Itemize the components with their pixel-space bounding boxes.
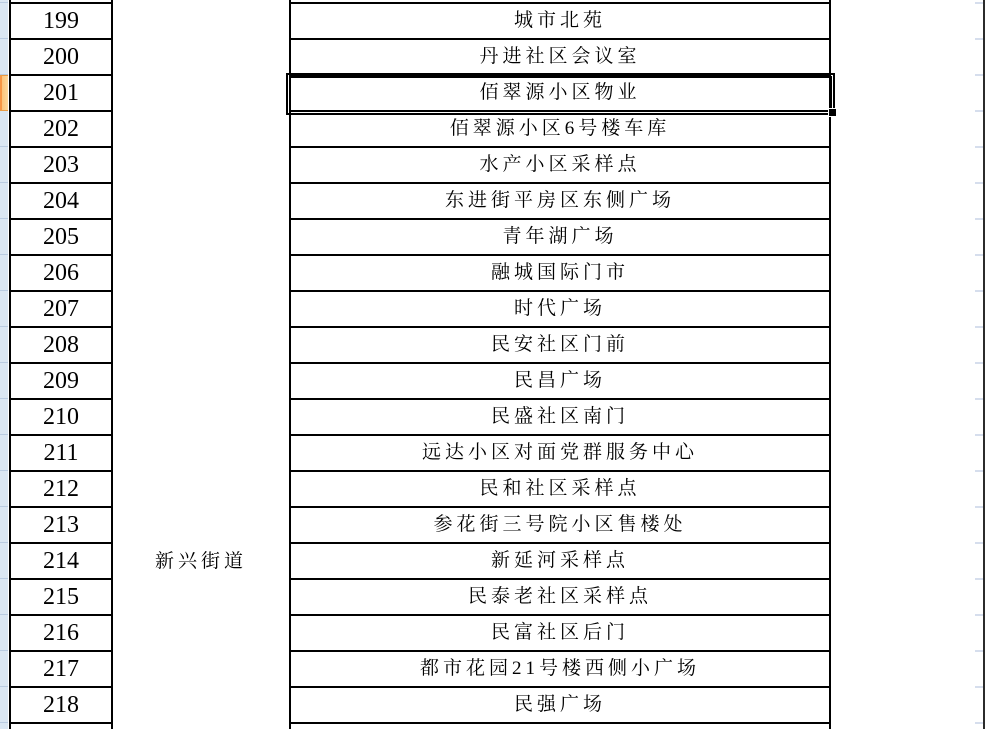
row-border-line [9, 578, 113, 580]
gridline-tick [975, 434, 983, 436]
site-name-cell[interactable]: 佰翠源小区6号楼车库 [291, 111, 829, 147]
row-border-line [9, 218, 113, 220]
gridline-tick [975, 614, 983, 616]
spreadsheet-view: 新兴街道 199城市北苑200丹进社区会议室201佰翠源小区物业202佰翠源小区… [0, 0, 986, 729]
gridline-tick [975, 650, 983, 652]
row-border-line [9, 146, 113, 148]
row-border-line [9, 686, 113, 688]
row-border-line [9, 362, 113, 364]
site-name-cell[interactable]: 融城国际门市 [291, 255, 829, 291]
gridline-tick [975, 470, 983, 472]
gridline-tick [975, 686, 983, 688]
gridline-tick [975, 578, 983, 580]
selection-marquee [286, 73, 835, 115]
row-border-line [9, 434, 113, 436]
row-number-cell[interactable]: 208 [11, 327, 111, 363]
row-border-line [9, 290, 113, 292]
row-border-line [289, 650, 831, 652]
row-number-cell[interactable]: 212 [11, 471, 111, 507]
gridline-tick [975, 290, 983, 292]
site-name-cell[interactable]: 民盛社区南门 [291, 399, 829, 435]
row-border-line [289, 218, 831, 220]
site-name-cell[interactable]: 水产小区采样点 [291, 147, 829, 183]
site-name-cell[interactable]: 新延河采样点 [291, 543, 829, 579]
row-number-cell[interactable]: 205 [11, 219, 111, 255]
row-number-cell[interactable]: 201 [11, 75, 111, 111]
row-border-line [289, 254, 831, 256]
row-border-line [9, 398, 113, 400]
row-border-line [289, 722, 831, 724]
gridline-tick [975, 146, 983, 148]
site-name-cell[interactable]: 都市花园21号楼西侧小广场 [291, 651, 829, 687]
row-number-cell[interactable]: 209 [11, 363, 111, 399]
site-name-cell[interactable]: 民泰老社区采样点 [291, 579, 829, 615]
row-border-line [289, 146, 831, 148]
row-border-line [289, 542, 831, 544]
row-number-cell[interactable]: 216 [11, 615, 111, 651]
row-border-line [289, 686, 831, 688]
row-border-line [9, 470, 113, 472]
gridline-tick [975, 326, 983, 328]
site-name-cell[interactable]: 远达小区对面党群服务中心 [291, 435, 829, 471]
row-number-cell[interactable]: 210 [11, 399, 111, 435]
row-border-line [289, 434, 831, 436]
row-border-line [289, 2, 831, 4]
site-name-cell[interactable]: 丹进社区会议室 [291, 39, 829, 75]
row-border-line [9, 74, 113, 76]
site-name-cell[interactable]: 时代广场 [291, 291, 829, 327]
selected-row-header-highlight[interactable] [0, 75, 8, 111]
row-number-cell[interactable]: 207 [11, 291, 111, 327]
gridline-tick [975, 254, 983, 256]
row-border-line [9, 326, 113, 328]
row-border-line [289, 362, 831, 364]
site-name-cell[interactable]: 参花街三号院小区售楼处 [291, 507, 829, 543]
district-merged-cell[interactable]: 新兴街道 [113, 0, 289, 729]
site-name-cell[interactable]: 青年湖广场 [291, 219, 829, 255]
row-number-cell[interactable]: 202 [11, 111, 111, 147]
row-border-line [9, 542, 113, 544]
row-number-cell[interactable]: 206 [11, 255, 111, 291]
row-border-line [9, 254, 113, 256]
site-name-cell[interactable]: 民和社区采样点 [291, 471, 829, 507]
gridline-tick [975, 362, 983, 364]
row-border-line [289, 578, 831, 580]
site-name-cell[interactable]: 民富社区后门 [291, 615, 829, 651]
row-border-line [9, 182, 113, 184]
row-border-line [9, 614, 113, 616]
row-border-line [289, 614, 831, 616]
row-border-line [289, 506, 831, 508]
row-border-line [9, 506, 113, 508]
site-name-cell[interactable]: 民安社区门前 [291, 327, 829, 363]
gridline-tick [975, 218, 983, 220]
gridline-tick [975, 74, 983, 76]
right-edge-line [983, 0, 985, 729]
gridline-tick [975, 506, 983, 508]
row-number-cell[interactable]: 214 [11, 543, 111, 579]
row-border-line [289, 182, 831, 184]
fill-handle[interactable] [828, 108, 837, 117]
site-name-cell[interactable]: 东进街平房区东侧广场 [291, 183, 829, 219]
row-border-line [9, 38, 113, 40]
site-name-cell[interactable]: 民强广场 [291, 687, 829, 723]
gridline-tick [975, 2, 983, 4]
row-number-cell[interactable]: 211 [11, 435, 111, 471]
row-border-line [289, 398, 831, 400]
gridline-tick [975, 398, 983, 400]
site-name-cell[interactable]: 民昌广场 [291, 363, 829, 399]
district-label: 新兴街道 [113, 544, 289, 580]
row-border-line [289, 326, 831, 328]
row-border-line [9, 722, 113, 724]
gridline-tick [975, 722, 983, 724]
gridline-tick [975, 182, 983, 184]
gridline-tick [975, 542, 983, 544]
row-border-line [289, 38, 831, 40]
row-border-line [289, 470, 831, 472]
gridline-tick [975, 38, 983, 40]
row-number-cell[interactable]: 204 [11, 183, 111, 219]
row-number-cell[interactable]: 217 [11, 651, 111, 687]
row-border-line [9, 2, 113, 4]
row-border-line [9, 110, 113, 112]
row-border-line [289, 290, 831, 292]
row-number-cell[interactable]: 218 [11, 687, 111, 723]
row-number-cell[interactable]: 203 [11, 147, 111, 183]
row-number-cell[interactable]: 213 [11, 507, 111, 543]
row-number-cell[interactable]: 199 [11, 3, 111, 39]
site-name-cell[interactable]: 城市北苑 [291, 3, 829, 39]
row-number-cell[interactable]: 200 [11, 39, 111, 75]
row-border-line [9, 650, 113, 652]
gridline-tick [975, 110, 983, 112]
row-number-cell[interactable]: 215 [11, 579, 111, 615]
